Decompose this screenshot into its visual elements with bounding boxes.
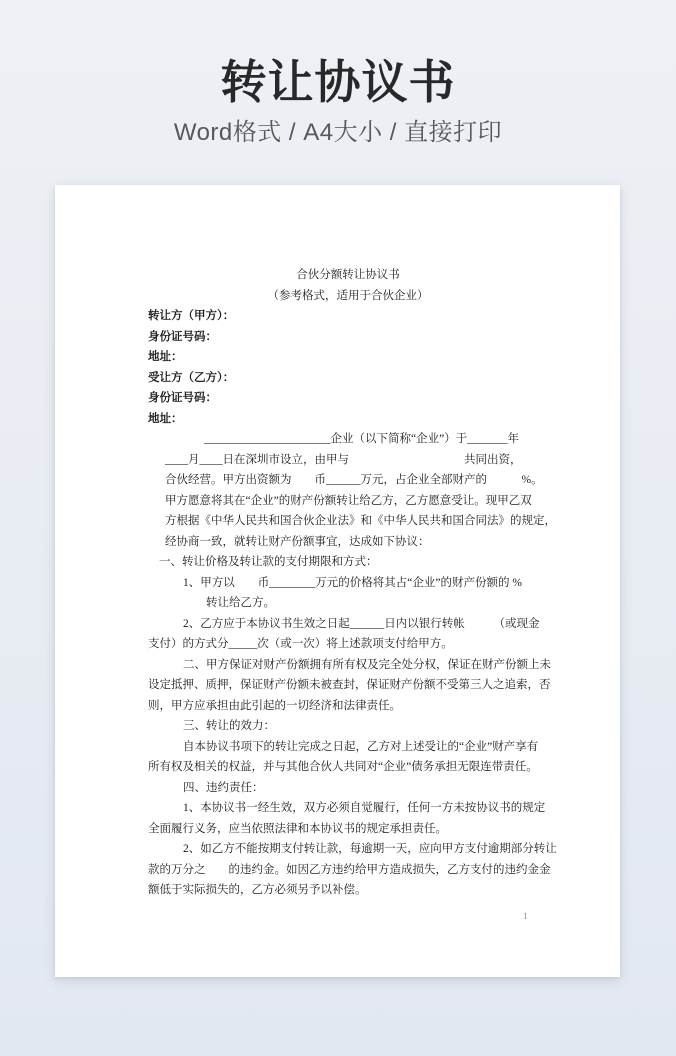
doc-line: 身份证号码： (148, 388, 548, 409)
doc-line: 2、如乙方不能按期支付转让款，每逾期一天，应向甲方支付逾期部分转让 (183, 839, 548, 860)
doc-line: 额低于实际损失的，乙方必须另予以补偿。 (148, 880, 548, 901)
doc-line: 三、转让的效力： (183, 716, 548, 737)
doc-line: 地址： (148, 347, 548, 368)
doc-line: （参考格式，适用于合伙企业） (148, 286, 548, 307)
doc-line: 转让给乙方。 (206, 593, 548, 614)
doc-line: 二、甲方保证对财产份额拥有所有权及完全处分权，保证在财产份额上未 (183, 655, 548, 676)
doc-line: ____月____日在深圳市设立，由甲与 共同出资， (165, 450, 548, 471)
doc-line: ______________________企业（以下简称“企业”）于_____… (204, 429, 548, 450)
doc-line: 1、本协议书一经生效，双方必须自觉履行，任何一方未按协议书的规定 (183, 798, 548, 819)
doc-line: 转让方（甲方）： (148, 306, 548, 327)
doc-line: 受让方（乙方）： (148, 368, 548, 389)
doc-line: 支付）的方式分_____次（或一次）将上述款项支付给甲方。 (148, 634, 548, 655)
doc-line: 地址： (148, 409, 548, 430)
doc-line: 设定抵押、质押，保证财产份额未被查封，保证财产份额不受第三人之追索，否 (148, 675, 548, 696)
doc-line: 合伙经营。甲方出资额为 币______万元，占企业全部财产的 %。 (165, 470, 548, 491)
doc-line: 四、违约责任： (183, 778, 548, 799)
hero-header: 转让协议书 Word格式 / A4大小 / 直接打印 (0, 0, 676, 148)
doc-line: 自本协议书项下的转让完成之日起，乙方对上述受让的“企业”财产享有 (183, 737, 548, 758)
doc-line: 全面履行义务，应当依照法律和本协议书的规定承担责任。 (148, 819, 548, 840)
page-subtitle: Word格式 / A4大小 / 直接打印 (0, 118, 676, 148)
document-lines: 合伙分额转让协议书（参考格式，适用于合伙企业）转让方（甲方）：身份证号码：地址：… (148, 265, 548, 901)
doc-line: 一、转让价格及转让款的支付期限和方式： (159, 552, 548, 573)
doc-line: 甲方愿意将其在“企业”的财产份额转让给乙方，乙方愿意受让。现甲乙双 (165, 491, 548, 512)
template-landing-page: 转让协议书 Word格式 / A4大小 / 直接打印 合伙分额转让协议书（参考格… (0, 0, 676, 1056)
page-title: 转让协议书 (0, 56, 676, 108)
page-number: 1 (523, 911, 528, 921)
doc-line: 所有权及相关的权益，并与其他合伙人共同对“企业”债务承担无限连带责任。 (148, 757, 548, 778)
doc-line: 方根据《中华人民共和国合伙企业法》和《中华人民共和国合同法》的规定， (165, 511, 548, 532)
doc-line: 则，甲方应承担由此引起的一切经济和法律责任。 (148, 696, 548, 717)
doc-line: 款的万分之 的违约金。如因乙方违约给甲方造成损失，乙方支付的违约金金 (148, 860, 548, 881)
doc-line: 2、乙方应于本协议书生效之日起______日内以银行转帐 （或现金 (183, 614, 548, 635)
doc-line: 身份证号码： (148, 327, 548, 348)
document-preview: 合伙分额转让协议书（参考格式，适用于合伙企业）转让方（甲方）：身份证号码：地址：… (55, 185, 620, 977)
doc-line: 合伙分额转让协议书 (148, 265, 548, 286)
doc-line: 1、甲方以 币________万元的价格将其占“企业”的财产份额的 % (183, 573, 548, 594)
doc-line: 经协商一致，就转让财产份额事宜，达成如下协议： (165, 532, 548, 553)
